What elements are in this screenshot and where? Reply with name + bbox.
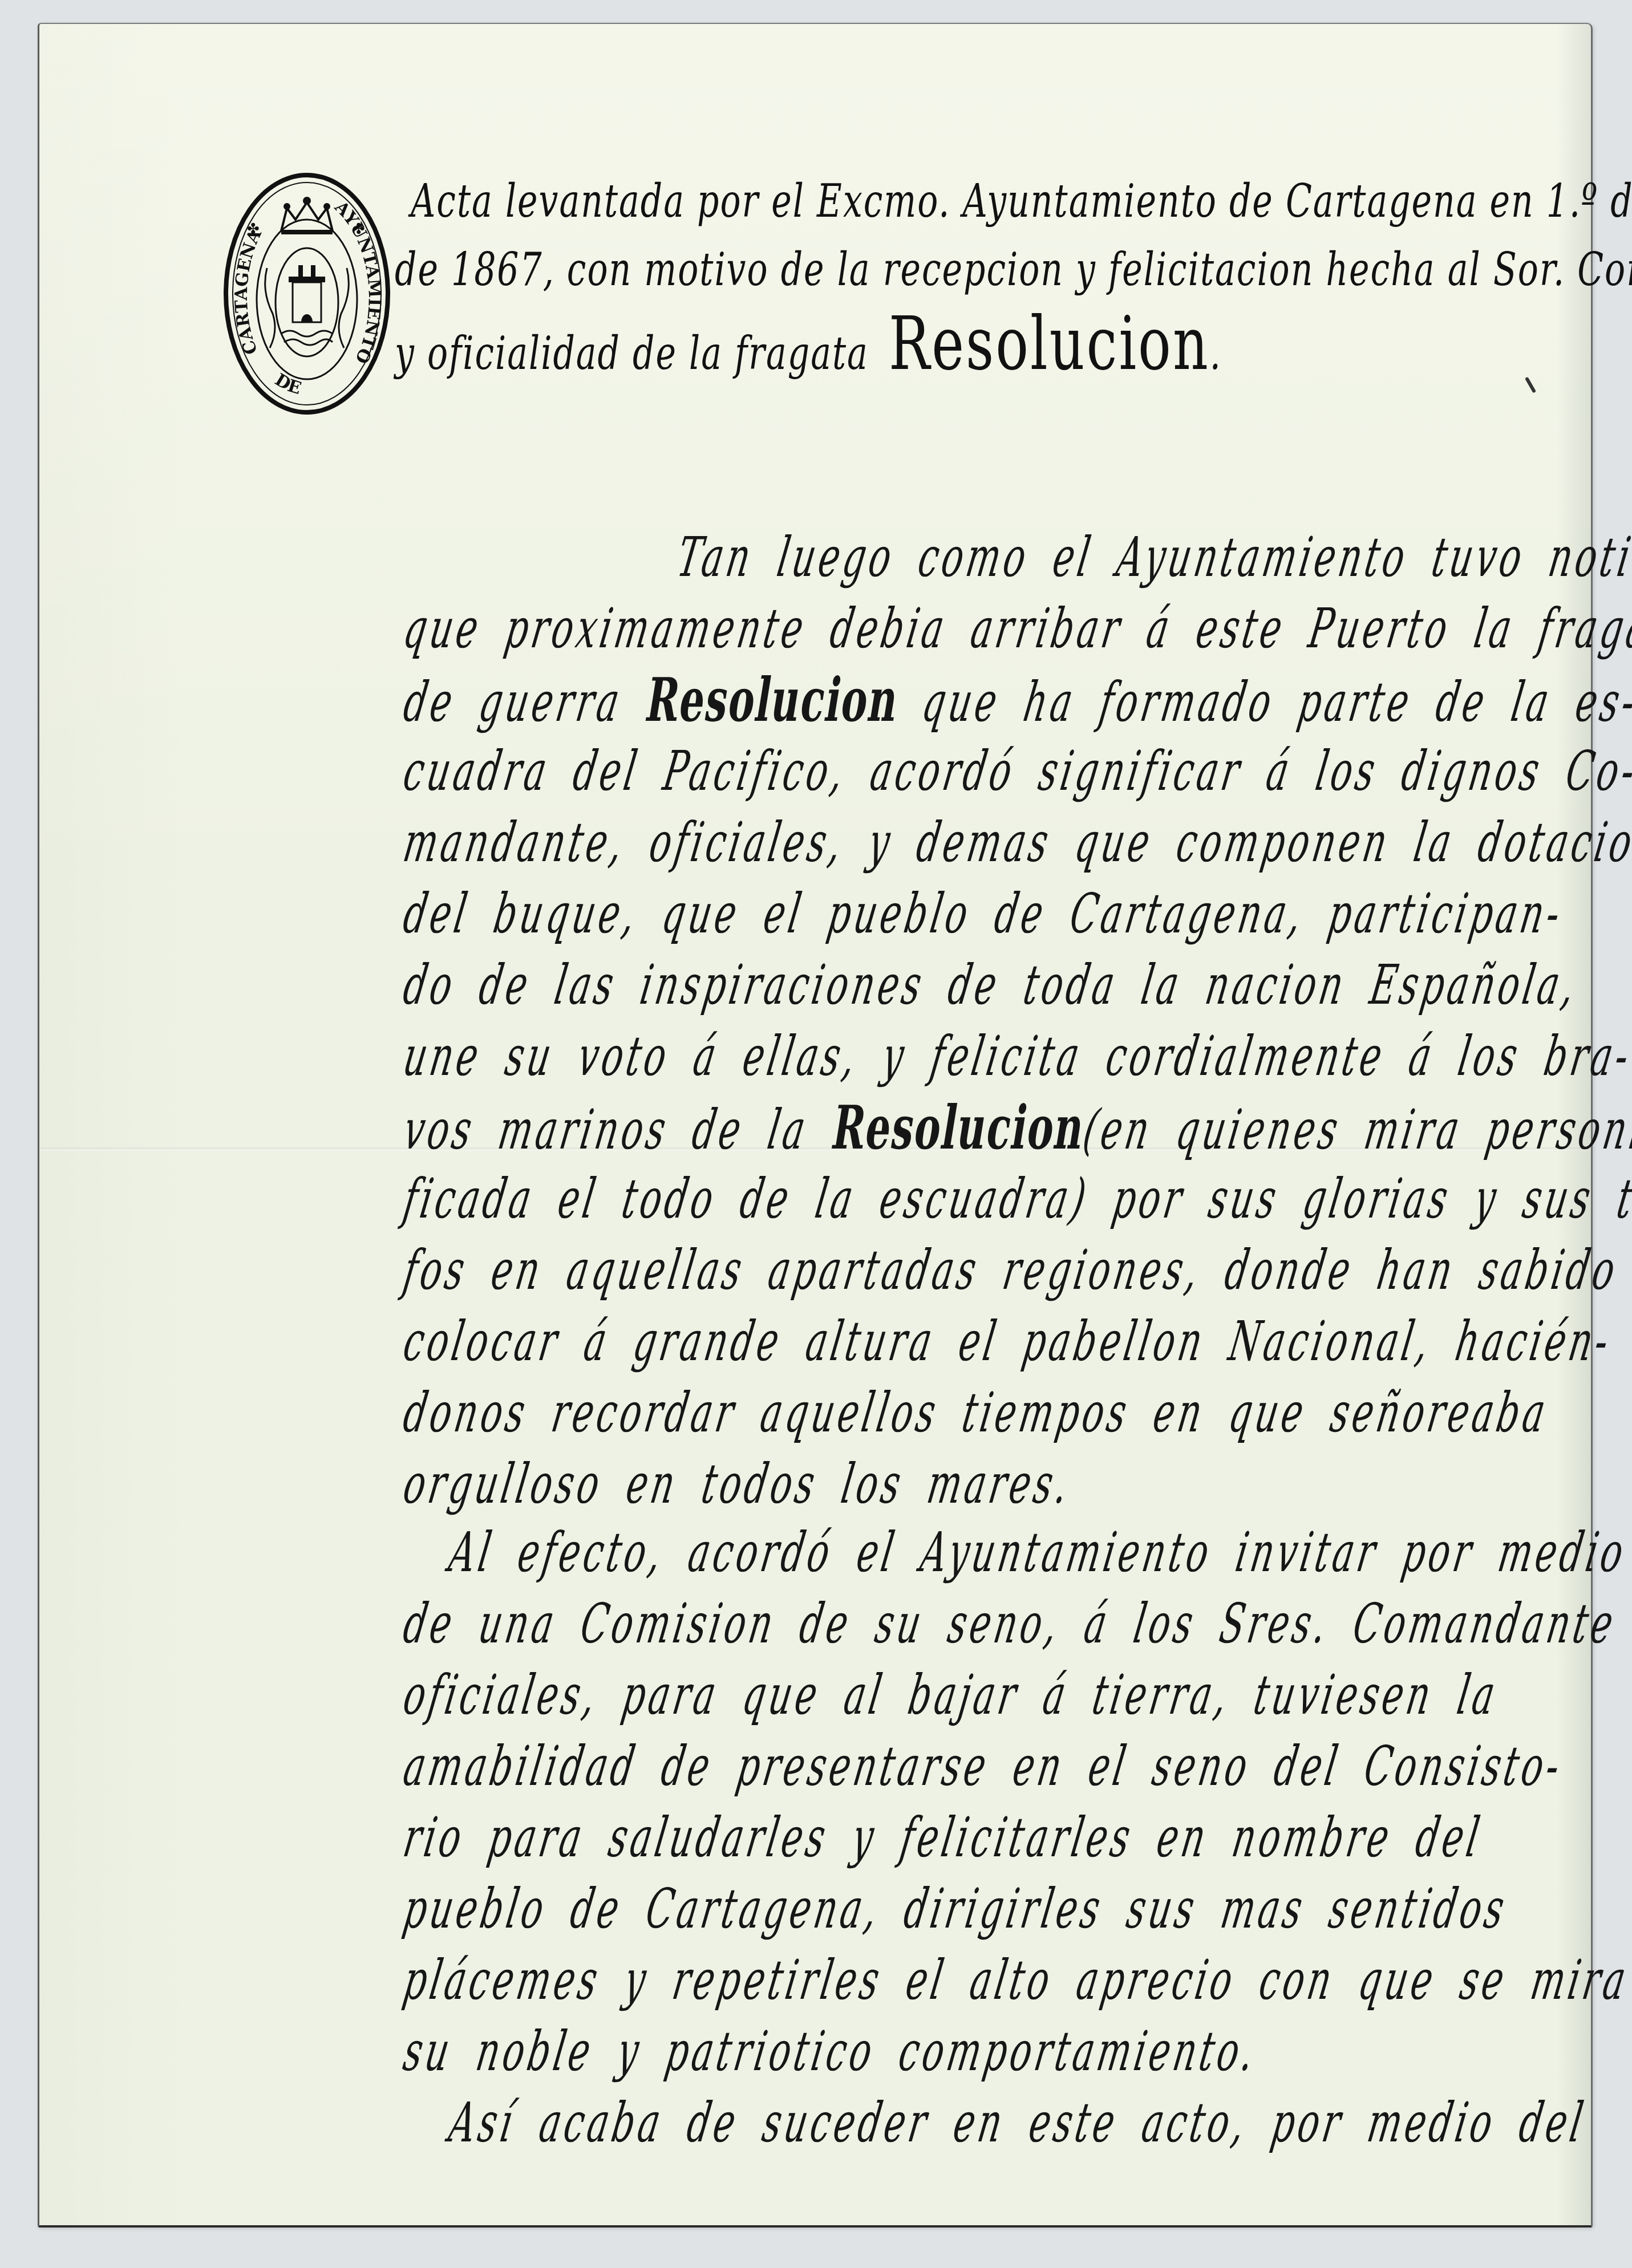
- heading-line-3-suffix: .: [1210, 327, 1222, 381]
- body-line-post: (en quienes mira personi-: [1079, 1097, 1632, 1162]
- body-line: que proximamente debia arribar á este Pu…: [399, 596, 1632, 660]
- body-line: del buque, que el pueblo de Cartagena, p…: [399, 881, 1568, 946]
- body-line: mandante, oficiales, y demas que compone…: [399, 810, 1632, 874]
- body-line: plácemes y repetirles el alto aprecio co…: [399, 1948, 1632, 2012]
- svg-text:✤: ✤: [247, 221, 260, 238]
- ship-name: Resolucion: [889, 301, 1210, 387]
- body-line: do de las inspiraciones de toda la nacio…: [399, 952, 1582, 1017]
- heading-line-3-prefix: y oficialidad de la fragata: [395, 327, 869, 381]
- body-line: vos marinos de la Resolucion(en quienes …: [399, 1093, 1632, 1163]
- ship-name-inline: Resolucion: [641, 665, 904, 736]
- body-line: su noble y patriotico comportamiento.: [399, 2019, 1262, 2083]
- heading-line-1: Acta levantada por el Excmo. Ayuntamient…: [411, 175, 1632, 229]
- body-line-pre: vos marinos de la: [399, 1097, 813, 1162]
- heading-line-3: y oficialidad de la fragata Resolucion.: [395, 301, 1222, 387]
- heading-line-2: de 1867, con motivo de la recepcion y fe…: [395, 243, 1632, 297]
- svg-text:CARTAGENA: CARTAGENA: [232, 226, 266, 357]
- body-line: colocar á grande altura el pabellon Naci…: [399, 1309, 1617, 1373]
- body-line: de una Comision de su seno, á los Sres. …: [399, 1591, 1632, 1656]
- body-line: une su voto á ellas, y felicita cordialm…: [399, 1024, 1632, 1088]
- body-line: Así acaba de suceder en este acto, por m…: [445, 2090, 1590, 2155]
- body-line: rio para saludarles y felicitarles en no…: [399, 1805, 1487, 1869]
- municipal-seal-icon: CARTAGENA AYUNTAMIENTO DE ✤ ✤: [221, 171, 392, 416]
- body-line: ficada el todo de la escuadra) por sus g…: [399, 1166, 1632, 1231]
- body-line-post: que ha formado parte de la es-: [918, 670, 1632, 734]
- body-line: donos recordar aquellos tiempos en que s…: [399, 1380, 1553, 1445]
- body-line: fos en aquellas apartadas regiones, dond…: [399, 1238, 1623, 1302]
- body-line: oficiales, para que al bajar á tierra, t…: [399, 1662, 1503, 1727]
- body-line: cuadra del Pacifico, acordó significar á…: [399, 739, 1632, 803]
- body-line: amabilidad de presentarse en el seno del…: [399, 1734, 1568, 1798]
- svg-text:✤: ✤: [353, 221, 365, 238]
- body-line-pre: de guerra: [399, 670, 627, 734]
- body-line: Tan luego como el Ayuntamiento tuvo noti…: [673, 525, 1632, 589]
- body-line: de guerra Resolucion que ha formado part…: [399, 665, 1632, 736]
- body-line: orgulloso en todos los mares.: [399, 1451, 1076, 1516]
- ship-name-inline: Resolucion: [827, 1093, 1090, 1163]
- body-line: pueblo de Cartagena, dirigirles sus mas …: [399, 1876, 1512, 1941]
- body-line: Al efecto, acordó el Ayuntamiento invita…: [445, 1520, 1631, 1584]
